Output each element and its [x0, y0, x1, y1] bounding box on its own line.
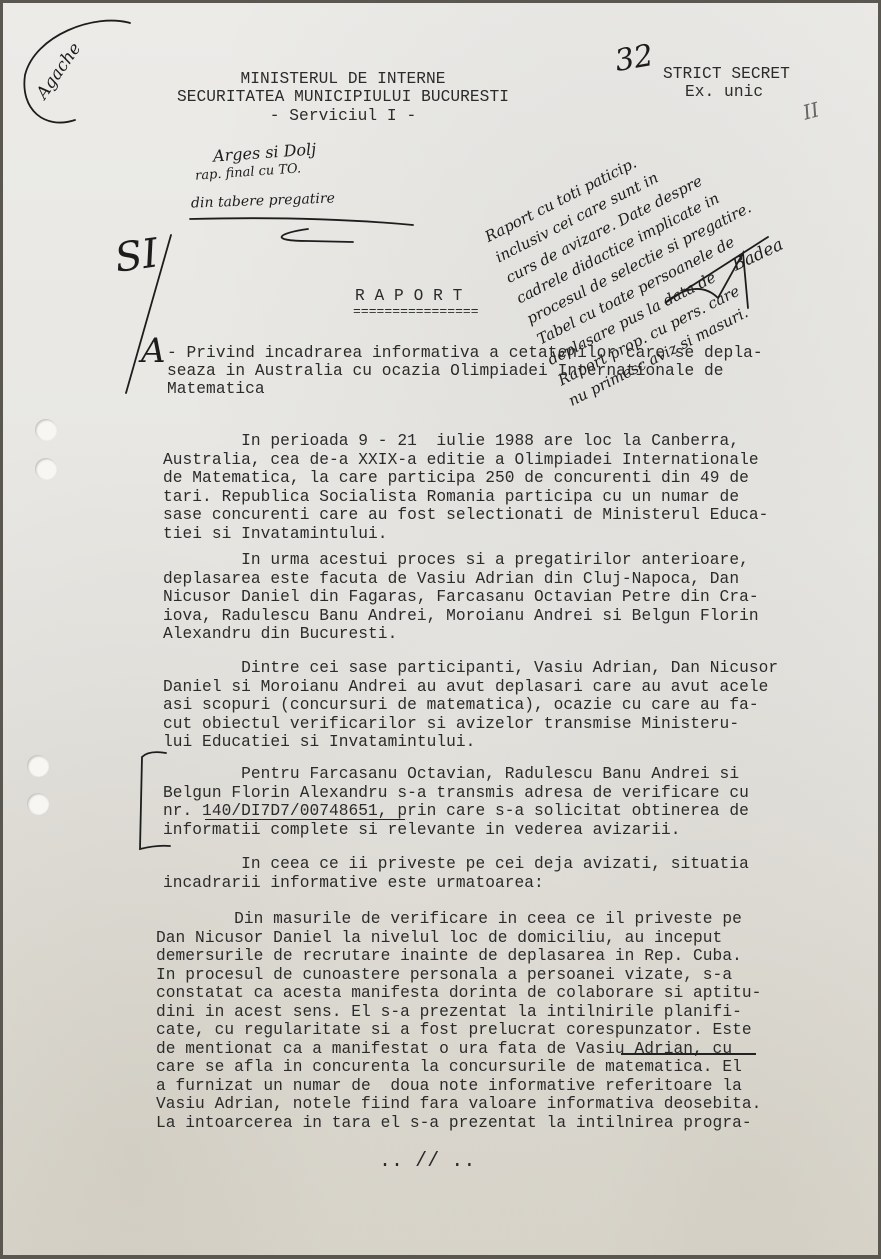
handwritten-mark-top-right: II	[800, 97, 821, 124]
body-line: demersurile de recrutare inainte de depl…	[156, 947, 761, 966]
body-line: a furnizat un numar de doua note informa…	[156, 1077, 761, 1096]
paragraph-4: Pentru Farcasanu Octavian, Radulescu Ban…	[163, 765, 749, 839]
classification-label: STRICT SECRET	[663, 65, 790, 84]
body-line: dini in acest sens. El s-a prezentat la …	[156, 1003, 761, 1022]
body-line: In ceea ce ii priveste pe cei deja aviza…	[163, 855, 749, 874]
paragraph-5: In ceea ce ii priveste pe cei deja aviza…	[163, 855, 749, 892]
body-line: informatii complete si relevante in vede…	[163, 821, 749, 840]
body-line: Dan Nicusor Daniel la nivelul loc de dom…	[156, 929, 761, 948]
reference-number-underline	[205, 819, 405, 820]
paragraph-1: In perioada 9 - 21 iulie 1988 are loc la…	[163, 432, 768, 543]
report-title-rule: ================	[353, 303, 479, 322]
body-line: constatat ca acesta manifesta dorinta de…	[156, 984, 761, 1003]
body-line: Australia, cea de-a XXIX-a editie a Olim…	[163, 451, 768, 470]
copy-label: Ex. unic	[685, 83, 763, 102]
body-line: In urma acestui proces si a pregatirilor…	[163, 551, 759, 570]
handwritten-note-line-1: Arges si Dolj	[212, 139, 316, 165]
body-line: sase concurenti care au fost selectionat…	[163, 506, 768, 525]
service-name: - Serviciul I -	[153, 107, 533, 126]
body-line: In perioada 9 - 21 iulie 1988 are loc la…	[163, 432, 768, 451]
body-line: care se afla in concurenta la concursuri…	[156, 1058, 761, 1077]
subject-line: - Privind incadrarea informativa a cetat…	[167, 344, 763, 363]
punch-hole	[35, 419, 57, 441]
department-name: SECURITATEA MUNICIPIULUI BUCURESTI	[153, 88, 533, 107]
body-line: Nicusor Daniel din Fagaras, Farcasanu Oc…	[163, 588, 759, 607]
body-line: Vasiu Adrian, notele fiind fara valoare …	[156, 1095, 761, 1114]
body-line: incadrarii informative este urmatoarea:	[163, 874, 749, 893]
body-line: deplasarea este facuta de Vasiu Adrian d…	[163, 570, 759, 589]
ministry-name: MINISTERUL DE INTERNE	[153, 70, 533, 89]
body-line: cate, cu regularitate si a fost prelucra…	[156, 1021, 761, 1040]
name-underline	[621, 1053, 756, 1055]
body-line: Dintre cei sase participanti, Vasiu Adri…	[163, 659, 778, 678]
paragraph-6: Din masurile de verificare in ceea ce il…	[156, 910, 761, 1132]
body-line: tiei si Invatamintului.	[163, 525, 768, 544]
punch-hole	[27, 793, 49, 815]
body-line: Alexandru din Bucuresti.	[163, 625, 759, 644]
handwritten-note-line-3: din tabere pregatire	[191, 190, 335, 211]
handwritten-note-line-2: rap. final cu TO.	[195, 161, 302, 183]
body-line: Daniel si Moroianu Andrei au avut deplas…	[163, 678, 778, 697]
body-line: tari. Republica Socialista Romania parti…	[163, 488, 768, 507]
paragraph-3: Dintre cei sase participanti, Vasiu Adri…	[163, 659, 778, 752]
body-line: Din masurile de verificare in ceea ce il…	[156, 910, 761, 929]
handwritten-page-number: 32	[612, 38, 656, 79]
body-line: La intoarcerea in tara el s-a prezentat …	[156, 1114, 761, 1133]
paragraph-2: In urma acestui proces si a pregatirilor…	[163, 551, 759, 644]
body-line: de mentionat ca a manifestat o ura fata …	[156, 1040, 761, 1059]
continuation-mark: .. // ..	[379, 1153, 475, 1172]
body-line: nr. 140/DI7D7/00748651, prin care s-a so…	[163, 802, 749, 821]
body-line: In procesul de cunoastere personala a pe…	[156, 966, 761, 985]
subject-line: seaza in Australia cu ocazia Olimpiadei …	[167, 362, 724, 381]
body-line: cut obiectul verificarilor si avizelor t…	[163, 715, 778, 734]
body-line: iova, Radulescu Banu Andrei, Moroianu An…	[163, 607, 759, 626]
body-line: asi scopuri (concursuri de matematica), …	[163, 696, 778, 715]
body-line: lui Educatiei si Invatamintului.	[163, 733, 778, 752]
document-page: MINISTERUL DE INTERNE SECURITATEA MUNICI…	[3, 3, 878, 1255]
body-line: Pentru Farcasanu Octavian, Radulescu Ban…	[163, 765, 749, 784]
body-line: Belgun Florin Alexandru s-a transmis adr…	[163, 784, 749, 803]
punch-hole	[35, 458, 57, 480]
handwritten-underline	[188, 215, 428, 255]
margin-mark-a: A	[141, 331, 166, 371]
subject-line: Matematica	[167, 380, 265, 399]
punch-hole	[27, 755, 49, 777]
corner-circle-mark	[15, 15, 135, 135]
body-line: de Matematica, la care participa 250 de …	[163, 469, 768, 488]
